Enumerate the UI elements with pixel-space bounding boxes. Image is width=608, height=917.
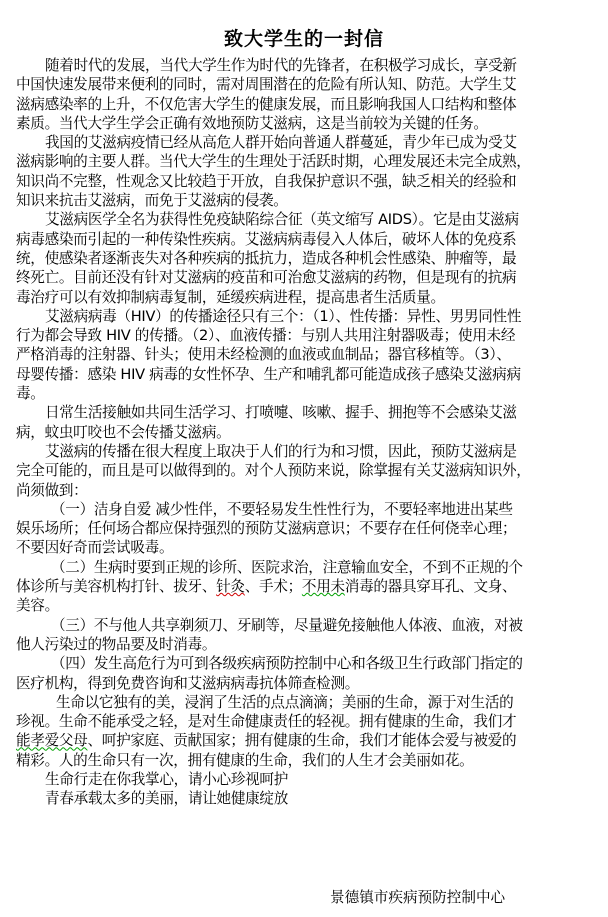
list-item-line: 体诊所与美容机构打针、拔牙、针灸、手术；不用未消毒的器具穿耳孔、文身、 [16, 577, 496, 596]
paragraph-line: 尚须做到： [16, 481, 496, 500]
paragraph-line: 素质。当代大学生学会正确有效地预防艾滋病，这是当前较为关键的任务。 [16, 114, 496, 133]
paragraph-line: 精彩。人的生命只有一次，拥有健康的生命，我们的人生才会美丽如花。 [16, 751, 496, 770]
paragraph-line: 毒。 [16, 384, 496, 403]
paragraph-line: 病，蚊虫叮咬也不会传播艾滋病。 [16, 423, 496, 442]
list-item-line: （四）发生高危行为可到各级疾病预防控制中心和各级卫生行政部门指定的 [16, 654, 496, 673]
paragraph-line: 珍视。生命不能承受之轻，是对生命健康责任的轻视。拥有健康的生命，我们才 [16, 712, 496, 731]
list-item-line: 娱乐场所；任何场合都应保持强烈的预防艾滋病意识；不要存在任何侥幸心理； [16, 519, 496, 538]
paragraph-line: 中国快速发展带来便利的同时，需对周围潜在的危险有所认知、防范。大学生艾 [16, 75, 496, 94]
list-item-line: 美容。 [16, 596, 496, 615]
spellcheck-flag: 针灸 [216, 578, 245, 595]
paragraph-line: 日常生活接触如共同生活学习、打喷嚏、咳嗽、握手、拥抱等不会感染艾滋 [16, 403, 496, 422]
paragraph-line: 艾滋病的传播在很大程度上取决于人们的行为和习惯，因此，预防艾滋病是 [16, 442, 496, 461]
paragraph-line: 随着时代的发展，当代大学生作为时代的先锋者，在积极学习成长，享受新 [16, 56, 496, 75]
paragraph-line: 行为都会导致 HIV 的传播。（2）、血液传播：与别人共用注射器吸毒；使用未经 [16, 326, 496, 345]
paragraph-line: 能孝爱父母、呵护家庭、贡献国家；拥有健康的生命，我们才能体会爱与被爱的 [16, 731, 496, 750]
paragraph-line: 知识来抗击艾滋病，而免于艾滋病的侵袭。 [16, 191, 496, 210]
paragraph-line: 我国的艾滋病疫情已经从高危人群开始向普通人群蔓延，青少年已成为受艾 [16, 133, 496, 152]
list-item-line: 不要因好奇而尝试吸毒。 [16, 538, 496, 557]
letter-body: 随着时代的发展，当代大学生作为时代的先锋者，在积极学习成长，享受新 中国快速发展… [16, 56, 496, 809]
paragraph-line: 生命以它独有的美，浸润了生活的点点滴滴；美丽的生命，源于对生活的 [16, 693, 496, 712]
paragraph-line: 知识尚不完整，性观念又比较趋于开放，自我保护意识不强，缺乏相关的经验和 [16, 172, 496, 191]
paragraph-line: 终死亡。目前还没有针对艾滋病的疫苗和可治愈艾滋病的药物，但是现有的抗病 [16, 268, 496, 287]
paragraph-line: 滋病影响的主要人群。当代大学生的生理处于活跃时期，心理发展还未完全成熟， [16, 152, 496, 171]
list-item-line: （三）不与他人共享剃须刀、牙刷等，尽量避免接触他人体液、血液，对被 [16, 616, 496, 635]
paragraph-line: 艾滋病医学全名为获得性免疫缺陷综合征（英文缩写 AIDS）。它是由艾滋病 [16, 210, 496, 229]
list-item-line: （二）生病时要到正规的诊所、医院求治，注意输血安全，不到不正规的个 [16, 558, 496, 577]
list-item-line: 医疗机构，得到免费咨询和艾滋病病毒抗体筛查检测。 [16, 674, 496, 693]
list-item-line: 他人污染过的物品要及时消毒。 [16, 635, 496, 654]
paragraph-line: 统，使感染者逐渐丧失对各种疾病的抵抗力，造成各种机会性感染、肿瘤等，最 [16, 249, 496, 268]
paragraph-line: 母婴传播：感染 HIV 病毒的女性怀孕、生产和哺乳都可能造成孩子感染艾滋病病 [16, 365, 496, 384]
text-span: 、手术； [245, 578, 302, 595]
poem-line: 青春承载太多的美丽，请让她健康绽放 [16, 789, 496, 808]
paragraph-line: 病毒感染而引起的一种传染性疾病。艾滋病病毒侵入人体后，破坏人体的免疫系 [16, 230, 496, 249]
grammar-flag: 能孝爱父母 [16, 732, 87, 749]
poem-line: 生命行走在你我掌心，请小心珍视呵护 [16, 770, 496, 789]
text-span: 、呵护家庭、贡献国家；拥有健康的生命，我们才能体会爱与被爱的 [87, 732, 516, 749]
document-title: 致大学生的一封信 [0, 24, 608, 51]
grammar-flag: 不用未 [302, 578, 345, 595]
signature: 景德镇市疾病预防控制中心 [330, 888, 505, 907]
paragraph-line: 滋病感染率的上升，不仅危害大学生的健康发展，而且影响我国人口结构和整体 [16, 95, 496, 114]
text-span: 消毒的器具穿耳孔、文身、 [345, 578, 517, 595]
list-item-line: （一）洁身自爱 减少性伴，不要轻易发生性性行为，不要轻率地进出某些 [16, 500, 496, 519]
text-span: 体诊所与美容机构打针、拔牙、 [16, 578, 216, 595]
paragraph-line: 毒治疗可以有效抑制病毒复制，延缓疾病进程，提高患者生活质量。 [16, 288, 496, 307]
paragraph-line: 完全可能的，而且是可以做得到的。对个人预防来说，除掌握有关艾滋病知识外， [16, 461, 496, 480]
paragraph-line: 艾滋病病毒（HIV）的传播途径只有三个：（1）、性传播：异性、男男同性性 [16, 307, 496, 326]
paragraph-line: 严格消毒的注射器、针头；使用未经检测的血液或血制品；器官移植等。（3）、 [16, 345, 496, 364]
